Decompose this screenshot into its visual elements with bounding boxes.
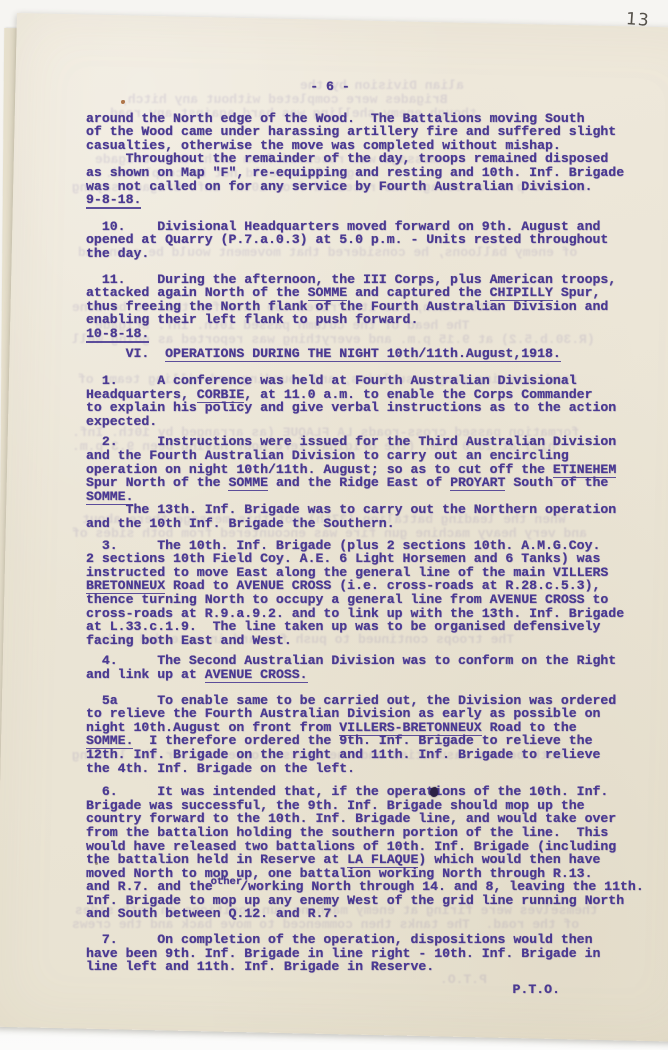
typed-line: SOMME. I therefore ordered the 9th. Inf.… (86, 734, 634, 748)
typed-line: enabling their left flank to push forwar… (86, 313, 634, 327)
typed-line: attacked again North of the SOMME and ca… (86, 286, 634, 300)
typed-line: the battalion held in Reserve at LA FLAQ… (86, 853, 634, 867)
block-para: 4. The Second Australian Division was to… (86, 654, 634, 681)
paper-speck (95, 862, 98, 865)
typed-line: and link up at AVENUE CROSS. (86, 668, 634, 682)
block-heading: VI. OPERATIONS DURING THE NIGHT 10th/11t… (86, 347, 634, 361)
block-date: 9-8-18. (86, 193, 634, 207)
typed-line: instructed to move East along the genera… (86, 566, 634, 580)
text-segment: and link up at (86, 667, 205, 682)
typed-line: thus freeing the North flank of the Four… (86, 300, 634, 314)
underlined-text: SOMME (228, 475, 268, 491)
block-pto: P.T.O. (86, 983, 634, 997)
block-date: 10-8-18. (86, 327, 634, 341)
text-segment: South of the (505, 475, 608, 490)
typed-line: The 13th. Inf. Brigade was to carry out … (86, 503, 634, 517)
underlined-text: OPERATIONS DURING THE NIGHT 10th/11th.Au… (165, 346, 561, 362)
typed-line: have been 9th. Inf. Brigade in line righ… (86, 947, 634, 961)
underlined-text: 9-8-18. (86, 192, 141, 209)
typed-line: country forward to the 10th. Inf. Brigad… (86, 812, 634, 826)
typed-line: and R.7. and theother/working North thro… (86, 880, 634, 894)
text-segment: Spur North of the (86, 475, 228, 490)
text-segment: VI. (86, 346, 165, 361)
typed-line: SOMME. (86, 490, 634, 504)
block-para: 10. Divisional Headquarters moved forwar… (86, 220, 634, 261)
handwritten-sheet-number: 13 (625, 9, 650, 31)
underlined-text: PROYART (450, 475, 505, 491)
ink-blot (430, 787, 438, 797)
typed-line: VI. OPERATIONS DURING THE NIGHT 10th/11t… (86, 347, 634, 361)
scanned-document-page: { "page": { "sheet_number": "13", "page_… (0, 0, 668, 1050)
typed-line: cross-roads at R.9.a.9.2. and to link up… (86, 607, 634, 621)
typed-line: 2. Instructions were issued for the Thir… (86, 435, 634, 449)
text-segment: P.T.O. (513, 982, 560, 997)
typed-line: - 6 - (86, 80, 574, 94)
underlined-text: AVENUE CROSS. (205, 667, 308, 683)
text-segment: and the 10th Inf. Brigade the Southern. (86, 516, 395, 531)
underlined-text: 10-8-18. (86, 326, 149, 343)
block-para: 3. The 10th. Inf. Brigade (plus 2 sectio… (86, 539, 634, 648)
typed-line: 7. On completion of the operation, dispo… (86, 933, 634, 947)
text-segment: line left and 11th. Inf. Brigade in Rese… (86, 959, 434, 974)
text-segment: the 4th. Inf. Brigade on the left. (86, 761, 355, 776)
inserted-word: other (211, 876, 243, 888)
typed-line: opened at Quarry (P.7.a.0.3) at 5.0 p.m.… (86, 233, 634, 247)
typed-line: the day. (86, 247, 634, 261)
typed-text: - 6 -around the North edge of the Wood. … (86, 80, 634, 996)
typed-line: 4. The Second Australian Division was to… (86, 654, 634, 668)
typed-line: and South between Q.12. and R.7. (86, 907, 634, 921)
typed-line: 12th. Inf. Brigade on the right and 11th… (86, 748, 634, 762)
text-segment: to explain his policy and give verbal in… (86, 400, 616, 415)
typed-line: 9-8-18. (86, 193, 634, 207)
typed-line: operation on night 10th/11th. August; so… (86, 463, 634, 477)
typed-line: Throughout the remainder of the day, tro… (86, 152, 634, 166)
typed-line: the 4th. Inf. Brigade on the left. (86, 762, 634, 776)
typed-line: to explain his policy and give verbal in… (86, 401, 634, 415)
typed-line: expected. (86, 415, 634, 429)
text-segment: was not called on for any service by Fou… (86, 179, 592, 194)
block-para: 6. It was intended that, if the operatio… (86, 785, 634, 921)
block-para: 5a To enable same to be carried out, the… (86, 694, 634, 776)
typed-line: line left and 11th. Inf. Brigade in Rese… (86, 960, 634, 974)
block-para: around the North edge of the Wood. The B… (86, 112, 634, 194)
typed-line: Brigade was successful, the 9th. Inf. Br… (86, 799, 634, 813)
typed-line: 10-8-18. (86, 327, 634, 341)
typed-line: night 10th.August on front from VILLERS-… (86, 721, 634, 735)
typed-line: and the Fourth Australian Division to ca… (86, 449, 634, 463)
typed-line: would have released two battalions of 10… (86, 840, 634, 854)
typed-line: was not called on for any service by Fou… (86, 180, 634, 194)
typed-line: 2 sections 10th Field Coy. A.E. 6 Light … (86, 552, 634, 566)
block-para: 2. Instructions were issued for the Thir… (86, 435, 634, 530)
text-segment: and the Ridge East of (268, 475, 450, 490)
typed-line: as shown on Map "F", re-equipping and re… (86, 166, 634, 180)
typed-line: 11. During the afternoon, the III Corps,… (86, 273, 634, 287)
typed-line: and the 10th Inf. Brigade the Southern. (86, 517, 634, 531)
text-segment: the day. (86, 246, 149, 261)
typed-line: 3. The 10th. Inf. Brigade (plus 2 sectio… (86, 539, 634, 553)
typed-line: facing both East and West. (86, 634, 634, 648)
text-segment: opened at Quarry (P.7.a.0.3) at 5.0 p.m.… (86, 232, 608, 247)
typed-line: Headquarters, CORBIE, at 11.0 a.m. to en… (86, 388, 634, 402)
text-segment: and South between Q.12. and R.7. (86, 906, 339, 921)
typed-line: from the battalion holding the southern … (86, 826, 634, 840)
typed-line: 1. A conference was held at Fourth Austr… (86, 374, 634, 388)
typed-line: Inf. Brigade to mop up any enemy West of… (86, 894, 634, 908)
block-pageno: - 6 - (86, 80, 574, 94)
typed-line: BRETONNEUX Road to AVENUE CROSS (i.e. cr… (86, 579, 634, 593)
typed-line: moved North to mop up, one battalion wor… (86, 867, 634, 881)
typed-line: around the North edge of the Wood. The B… (86, 112, 634, 126)
block-para: 11. During the afternoon, the III Corps,… (86, 273, 634, 327)
typed-line: 6. It was intended that, if the operatio… (86, 785, 634, 799)
typed-line: casualties, otherwise the move was compl… (86, 139, 634, 153)
typed-line: at L.33.c.1.9. The line taken up was to … (86, 620, 634, 634)
typed-line: to relieve the Fourth Australian Divisio… (86, 707, 634, 721)
text-segment: expected. (86, 414, 157, 429)
typed-line: thence turning North to occupy a general… (86, 593, 634, 607)
typed-line: P.T.O. (86, 983, 560, 997)
block-para: 7. On completion of the operation, dispo… (86, 933, 634, 974)
typed-line: 5a To enable same to be carried out, the… (86, 694, 634, 708)
block-para: 1. A conference was held at Fourth Austr… (86, 374, 634, 428)
text-segment: - 6 - (310, 79, 350, 94)
typed-line: of the Wood came under harassing artille… (86, 125, 634, 139)
typed-line: 10. Divisional Headquarters moved forwar… (86, 220, 634, 234)
text-segment: facing both East and West. (86, 633, 292, 648)
typed-line: Spur North of the SOMME and the Ridge Ea… (86, 476, 634, 490)
